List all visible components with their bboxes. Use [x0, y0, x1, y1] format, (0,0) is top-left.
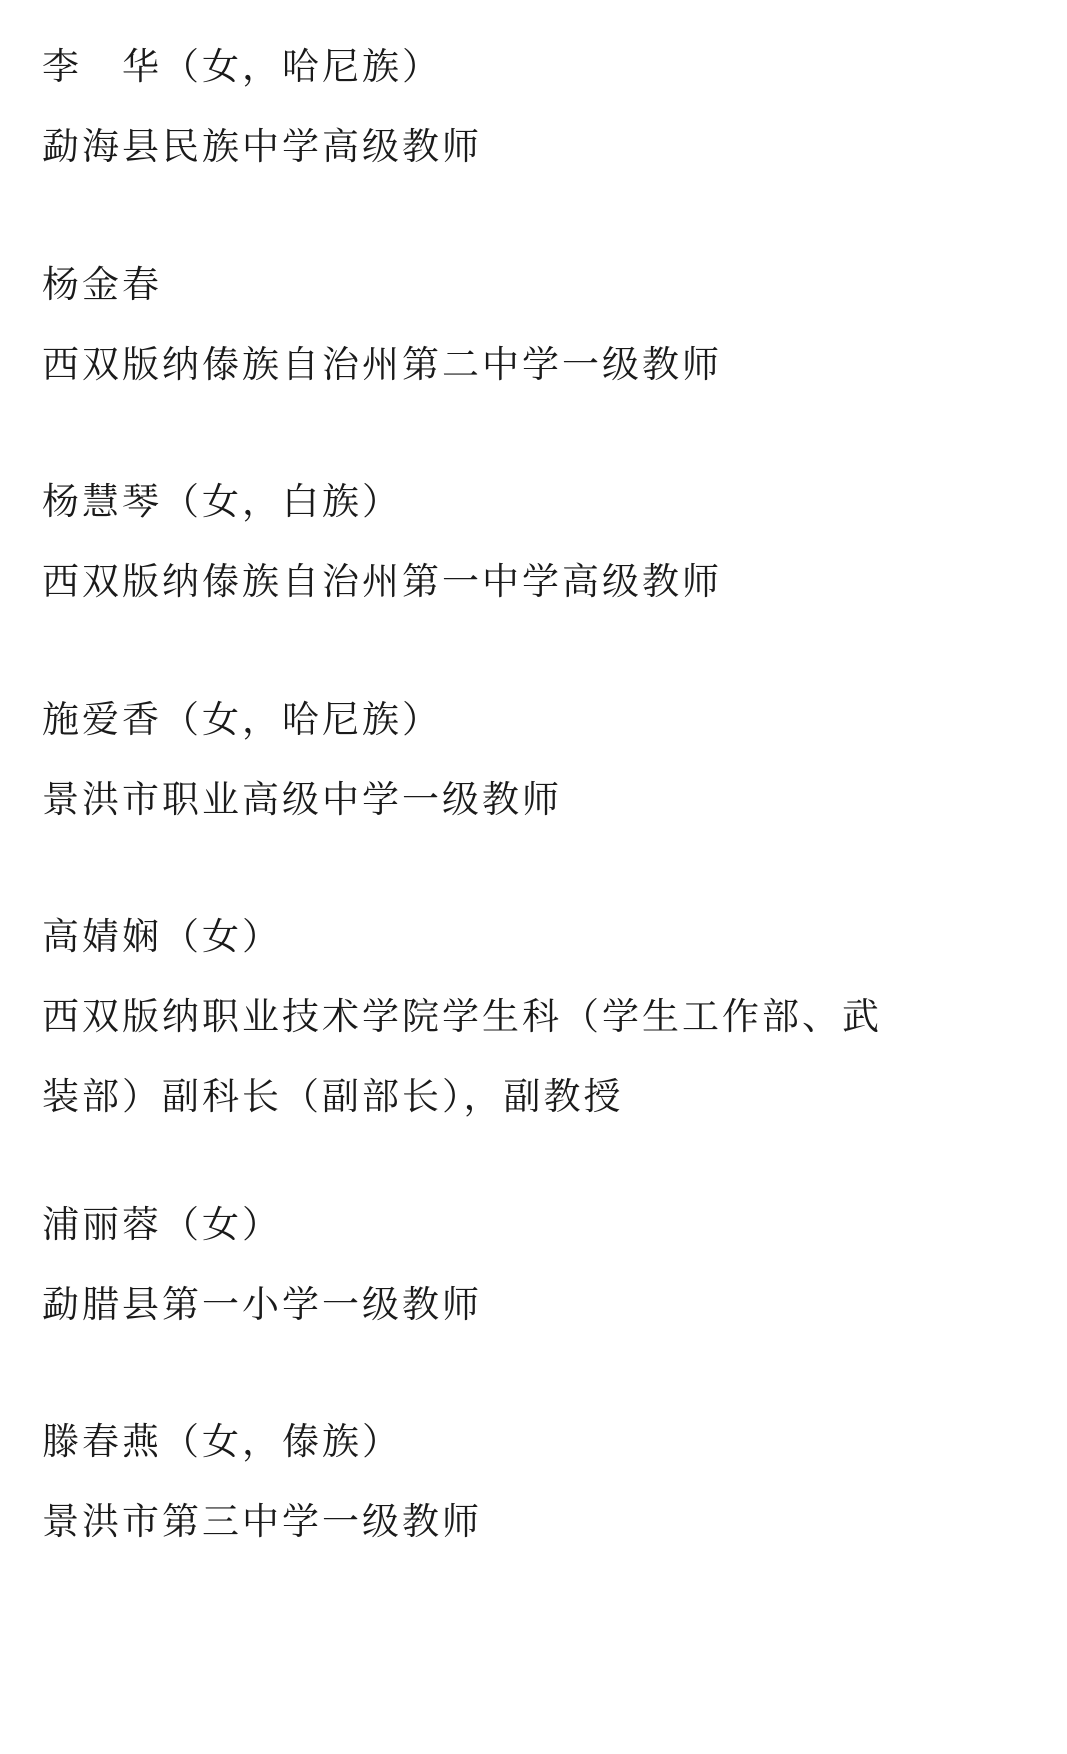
- person-name: 杨慧琴（女，白族）: [42, 462, 1027, 542]
- entry-yang-jinchun: 杨金春 西双版纳傣族自治州第二中学一级教师: [42, 245, 1027, 405]
- person-title: 西双版纳傣族自治州第一中学高级教师: [42, 542, 1027, 622]
- entry-shi-aixiang: 施爱香（女，哈尼族） 景洪市职业高级中学一级教师: [42, 680, 1027, 840]
- entry-gao-jingxian: 高婧娴（女） 西双版纳职业技术学院学生科（学生工作部、武 装部）副科长（副部长）…: [42, 897, 1027, 1137]
- person-title: 景洪市第三中学一级教师: [42, 1482, 1027, 1562]
- person-title: 勐海县民族中学高级教师: [42, 107, 1027, 187]
- document: 李 华（女，哈尼族） 勐海县民族中学高级教师 杨金春 西双版纳傣族自治州第二中学…: [0, 0, 1067, 1754]
- person-name: 施爱香（女，哈尼族）: [42, 680, 1027, 760]
- person-name: 杨金春: [42, 245, 1027, 325]
- entry-li-hua: 李 华（女，哈尼族） 勐海县民族中学高级教师: [42, 27, 1027, 187]
- person-title: 景洪市职业高级中学一级教师: [42, 760, 1027, 840]
- entry-pu-lirong: 浦丽蓉（女） 勐腊县第一小学一级教师: [42, 1185, 1027, 1345]
- person-title: 西双版纳傣族自治州第二中学一级教师: [42, 325, 1027, 405]
- person-name: 浦丽蓉（女）: [42, 1185, 1027, 1265]
- entry-teng-chunyan: 滕春燕（女，傣族） 景洪市第三中学一级教师: [42, 1402, 1027, 1562]
- person-title-line-2: 装部）副科长（副部长），副教授: [42, 1057, 1027, 1137]
- entry-yang-huiqin: 杨慧琴（女，白族） 西双版纳傣族自治州第一中学高级教师: [42, 462, 1027, 622]
- person-name: 李 华（女，哈尼族）: [42, 27, 1027, 107]
- person-name: 滕春燕（女，傣族）: [42, 1402, 1027, 1482]
- person-name: 高婧娴（女）: [42, 897, 1027, 977]
- person-title-line-1: 西双版纳职业技术学院学生科（学生工作部、武: [42, 977, 1027, 1057]
- person-title: 勐腊县第一小学一级教师: [42, 1265, 1027, 1345]
